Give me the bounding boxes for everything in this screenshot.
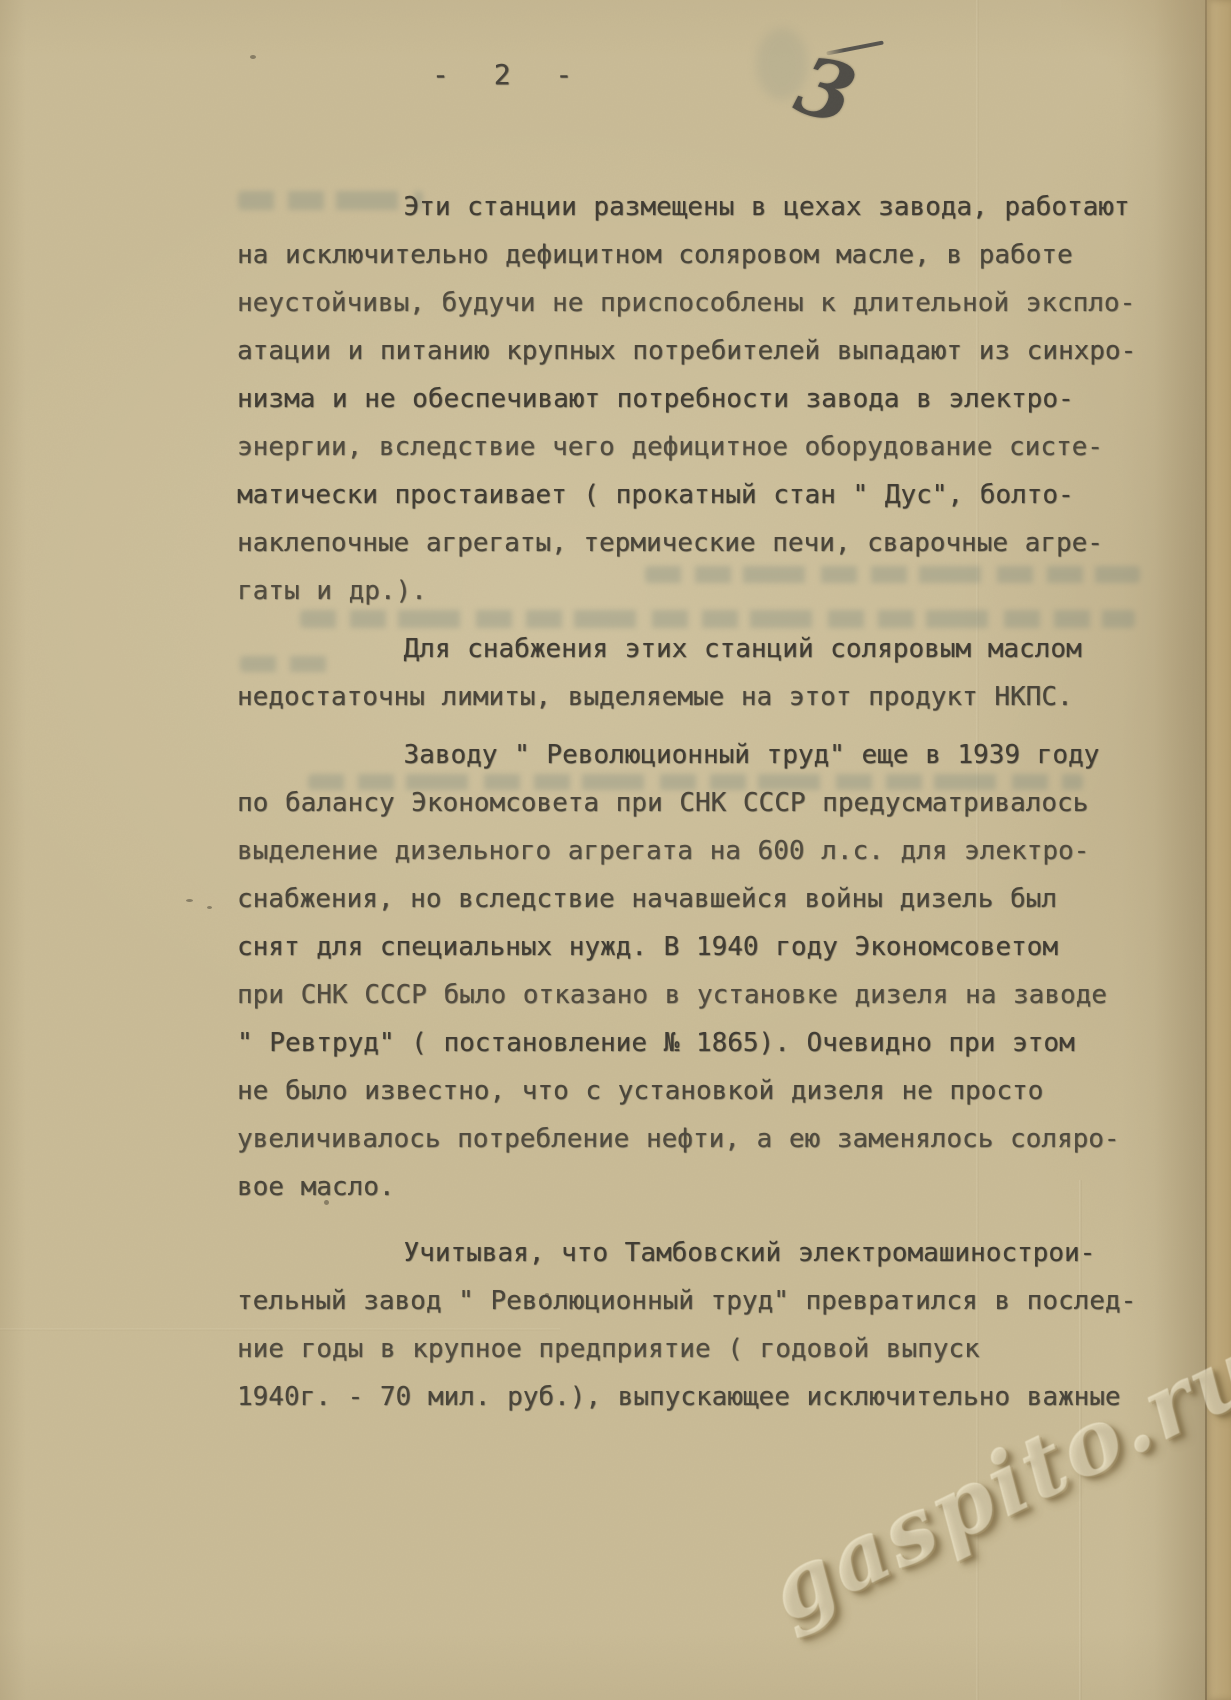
text-line: Заводу " Революционный труд" еще в 1939 …: [237, 731, 1149, 779]
paragraph: Эти станции размещены в цехах завода, ра…: [237, 183, 1149, 615]
ink-speck: [207, 906, 212, 909]
scanned-document-page: - 2 - 3 Эти станции размещены в цехах за…: [0, 0, 1231, 1700]
text-line: тельный завод " Революционный труд" прев…: [237, 1277, 1149, 1325]
paragraph: Заводу " Революционный труд" еще в 1939 …: [237, 731, 1149, 1211]
text-line: по балансу Экономсовета при СНК СССР пре…: [237, 779, 1149, 827]
text-line: снят для специальных нужд. В 1940 году Э…: [237, 923, 1149, 971]
text-line: " Ревтруд" ( постановление № 1865). Очев…: [237, 1019, 1149, 1067]
text-line: энергии, вследствие чего дефицитное обор…: [237, 423, 1149, 471]
typed-page-number: - 2 -: [432, 58, 586, 91]
paragraph: Для снабжения этих станций соляровым мас…: [237, 625, 1149, 721]
text-line: снабжения, но вследствие начавшейся войн…: [237, 875, 1149, 923]
text-line: выделение дизельного агрегата на 600 л.с…: [237, 827, 1149, 875]
text-line: атации и питанию крупных потребителей вы…: [237, 327, 1149, 375]
text-line: на исключительно дефицитном соляровом ма…: [237, 231, 1149, 279]
ink-speck: [250, 55, 256, 59]
text-line: низма и не обеспечивают потребности заво…: [237, 375, 1149, 423]
text-line: не было известно, что с установкой дизел…: [237, 1067, 1149, 1115]
text-line: ние годы в крупное предприятие ( годовой…: [237, 1325, 1149, 1373]
text-line: наклепочные агрегаты, термические печи, …: [237, 519, 1149, 567]
text-line: Эти станции размещены в цехах завода, ра…: [237, 183, 1149, 231]
page-corner-shade: [1061, 0, 1211, 160]
text-line: при СНК СССР было отказано в установке д…: [237, 971, 1149, 1019]
paragraph: Учитывая, что Тамбовский электромашиност…: [237, 1229, 1149, 1421]
document-body: Эти станции размещены в цехах завода, ра…: [237, 183, 1149, 1431]
text-line: неустойчивы, будучи не приспособлены к д…: [237, 279, 1149, 327]
page-right-edge: [1205, 0, 1231, 1700]
text-line: 1940г. - 70 мил. руб.), выпускающее искл…: [237, 1373, 1149, 1421]
text-line: Учитывая, что Тамбовский электромашиност…: [237, 1229, 1149, 1277]
text-line: вое масло.: [237, 1163, 1149, 1211]
text-line: матически простаивает ( прокатный стан "…: [237, 471, 1149, 519]
ink-speck: [186, 899, 193, 902]
text-line: гаты и др.).: [237, 567, 1149, 615]
text-line: Для снабжения этих станций соляровым мас…: [237, 625, 1149, 673]
text-line: недостаточны лимиты, выделяемые на этот …: [237, 673, 1149, 721]
text-line: увеличивалось потребление нефти, а ею за…: [237, 1115, 1149, 1163]
